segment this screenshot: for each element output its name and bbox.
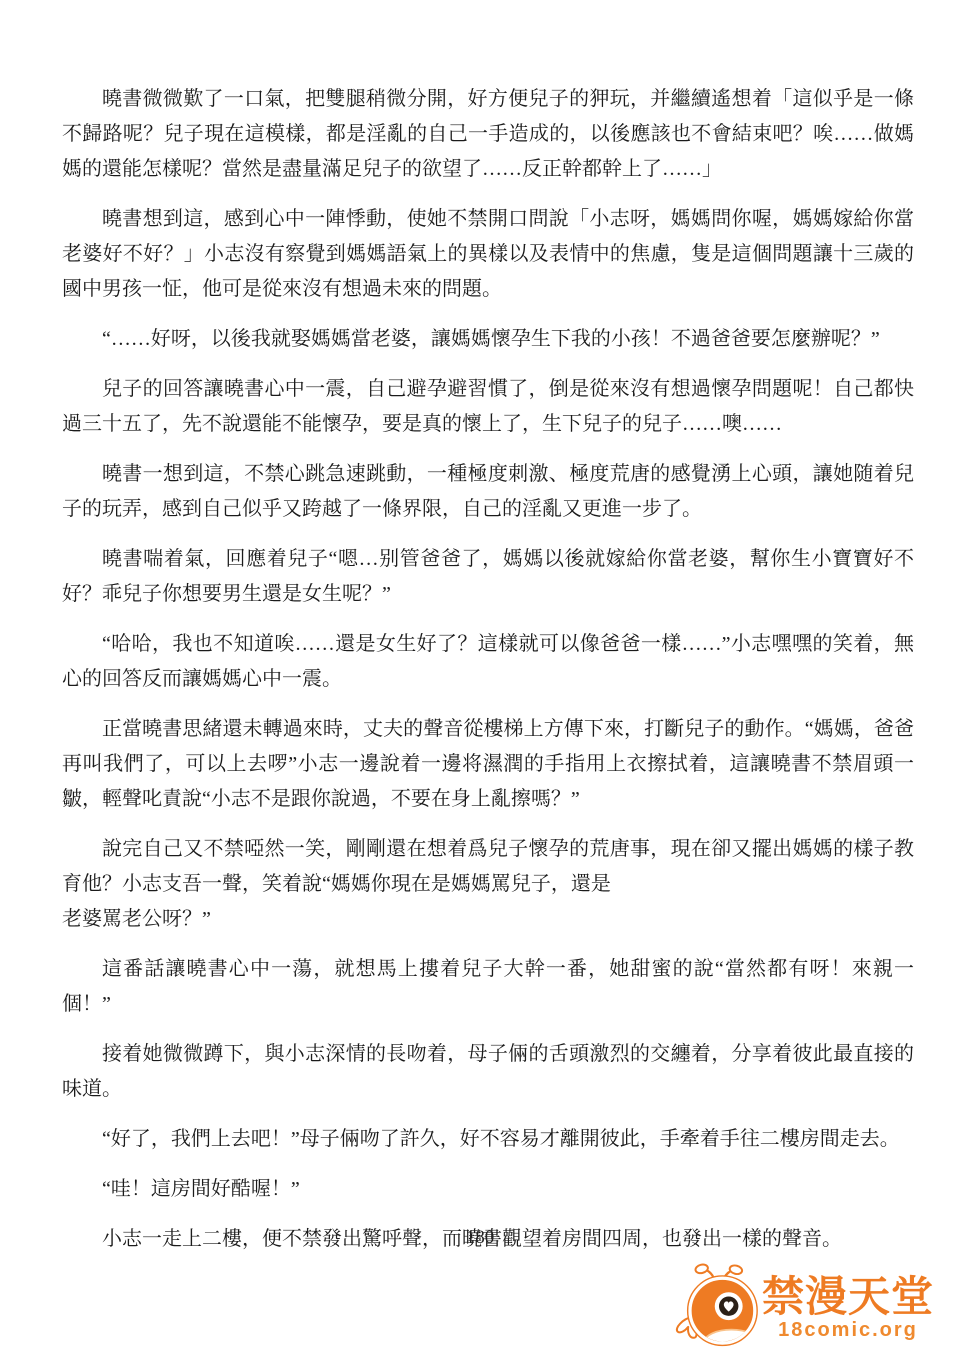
whale-mascot-icon: [672, 1263, 762, 1353]
paragraph: 接着她微微蹲下，與小志深情的長吻着，母子倆的舌頭激烈的交纏着，分享着彼此最直接的…: [62, 1037, 914, 1107]
page-number: 180: [0, 1227, 960, 1249]
site-watermark: 禁漫天堂 18comic.org: [672, 1263, 934, 1353]
paragraph: 曉書微微歎了一口氣，把雙腿稍微分開，好方便兒子的狎玩，并繼續遙想着「這似乎是一條…: [62, 82, 914, 187]
paragraph: 正當曉書思緒還未轉過來時，丈夫的聲音從樓梯上方傳下來，打斷兒子的動作。“媽媽，爸…: [62, 712, 914, 817]
paragraph: 說完自己又不禁啞然一笑，剛剛還在想着爲兒子懷孕的荒唐事，現在卻又擺出媽媽的樣子教…: [62, 832, 914, 937]
paragraph: 曉書喘着氣，回應着兒子“嗯…别管爸爸了，媽媽以後就嫁給你當老婆，幫你生小寶寶好不…: [62, 542, 914, 612]
document-page: 曉書微微歎了一口氣，把雙腿稍微分開，好方便兒子的狎玩，并繼續遙想着「這似乎是一條…: [0, 0, 960, 1357]
paragraph: 曉書想到這，感到心中一陣悸動，使她不禁開口問說「小志呀，媽媽問你喔，媽媽嫁給你當…: [62, 202, 914, 307]
paragraph: 曉書一想到這，不禁心跳急速跳動，一種極度刺激、極度荒唐的感覺湧上心頭，讓她随着兒…: [62, 457, 914, 527]
paragraph: “……好呀，以後我就娶媽媽當老婆，讓媽媽懷孕生下我的小孩！不過爸爸要怎麼辦呢？”: [62, 322, 914, 357]
paragraph: “好了，我們上去吧！”母子倆吻了許久，好不容易才離開彼此，手牽着手往二樓房間走去…: [62, 1122, 914, 1157]
paragraph: “哈哈，我也不知道唉……還是女生好了？這樣就可以像爸爸一樣……”小志嘿嘿的笑着，…: [62, 627, 914, 697]
paragraph: “哇！這房間好酷喔！”: [62, 1172, 914, 1207]
paragraph: 兒子的回答讓曉書心中一震，自己避孕避習慣了，倒是從來沒有想過懷孕問題呢！自己都快…: [62, 372, 914, 442]
site-name: 禁漫天堂: [762, 1276, 934, 1318]
paragraph: 這番話讓曉書心中一蕩，就想馬上摟着兒子大幹一番，她甜蜜的說“當然都有呀！來親一個…: [62, 952, 914, 1022]
site-url: 18comic.org: [778, 1320, 918, 1340]
page-body-text: 曉書微微歎了一口氣，把雙腿稍微分開，好方便兒子的狎玩，并繼續遙想着「這似乎是一條…: [62, 82, 914, 1272]
